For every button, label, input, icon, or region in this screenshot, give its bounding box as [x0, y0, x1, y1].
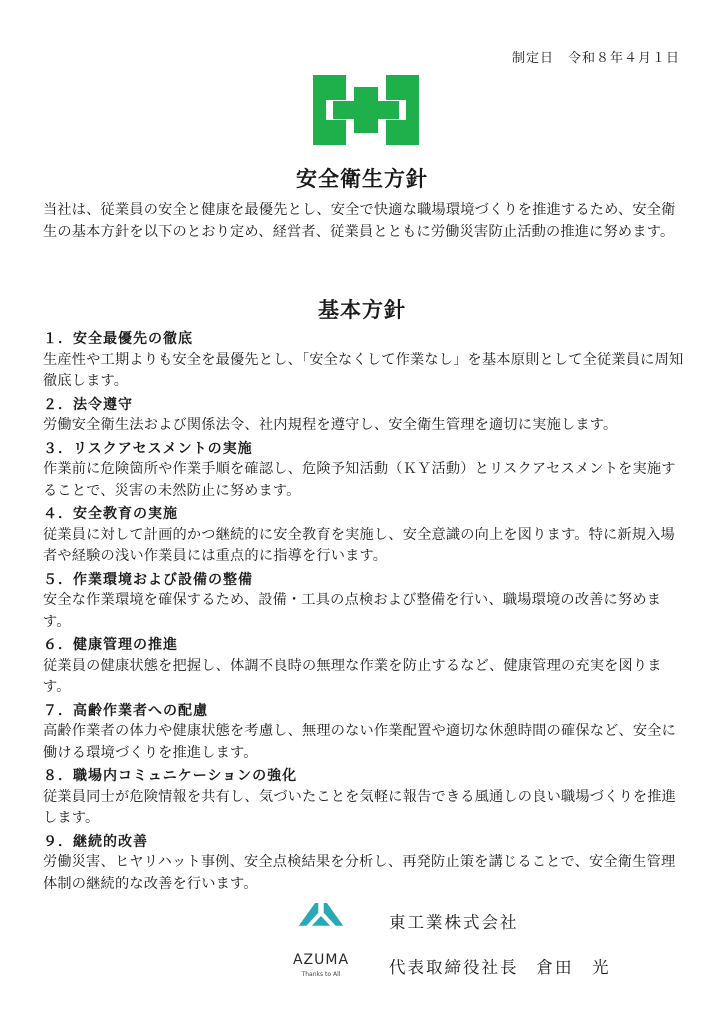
policy-body: 従業員の健康状態を把握し、体調不良時の無理な作業を防止するなど、健康管理の充実を… [43, 656, 685, 699]
policy-body: 従業員に対して計画的かつ継続的に安全教育を実施し、安全意識の向上を図ります。特に… [43, 525, 685, 568]
policy-item: ７．高齢作業者への配慮 高齢作業者の体力や健康状態を考慮し、無理のない作業配置や… [43, 701, 685, 765]
policy-heading: ３．リスクアセスメントの実施 [43, 439, 685, 460]
representative-name: 倉田 光 [537, 958, 611, 977]
section-title: 基本方針 [0, 294, 724, 324]
policy-item: ９．継続的改善 労働災害、ヒヤリハット事例、安全点検結果を分析し、再発防止策を講… [43, 832, 685, 896]
azuma-logo-icon [280, 903, 362, 949]
policy-heading: ４．安全教育の実施 [43, 504, 685, 525]
policy-heading: ９．継続的改善 [43, 832, 685, 853]
policy-heading: １．安全最優先の徹底 [43, 329, 685, 350]
policy-body: 安全な作業環境を確保するため、設備・工具の点検および整備を行い、職場環境の改善に… [43, 590, 685, 633]
azuma-logo-name: AZUMA [280, 952, 362, 968]
document-title: 安全衛生方針 [0, 163, 724, 193]
policy-body: 労働災害、ヒヤリハット事例、安全点検結果を分析し、再発防止策を講じることで、安全… [43, 852, 685, 895]
policy-body: 作業前に危険箇所や作業手順を確認し、危険予知活動（ＫＹ活動）とリスクアセスメント… [43, 459, 685, 502]
policy-item: ２．法令遵守 労働安全衛生法および関係法令、社内規程を遵守し、安全衛生管理を適切… [43, 395, 685, 437]
policy-heading: ２．法令遵守 [43, 395, 685, 416]
policy-item: ３．リスクアセスメントの実施 作業前に危険箇所や作業手順を確認し、危険予知活動（… [43, 439, 685, 503]
policy-item: ４．安全教育の実施 従業員に対して計画的かつ継続的に安全教育を実施し、安全意識の… [43, 504, 685, 568]
policy-body: 従業員同士が危険情報を共有し、気づいたことを気軽に報告できる風通しの良い職場づく… [43, 787, 685, 830]
green-cross-safety-icon [313, 75, 419, 145]
policy-item: ５．作業環境および設備の整備 安全な作業環境を確保するため、設備・工具の点検およ… [43, 570, 685, 634]
azuma-logo-tagline: Thanks to All [280, 971, 362, 978]
company-name: 東工業株式会社 [389, 909, 519, 933]
policy-body: 生産性や工期よりも安全を最優先とし、「安全なくして作業なし」を基本原則として全従… [43, 350, 685, 393]
policy-heading: ５．作業環境および設備の整備 [43, 570, 685, 591]
policy-heading: ６．健康管理の推進 [43, 635, 685, 656]
policy-item: ６．健康管理の推進 従業員の健康状態を把握し、体調不良時の無理な作業を防止するな… [43, 635, 685, 699]
policy-body: 高齢作業者の体力や健康状態を考慮し、無理のない作業配置や適切な休憩時間の確保など… [43, 721, 685, 764]
intro-paragraph: 当社は、従業員の安全と健康を最優先とし、安全で快適な職場環境づくりを推進するため… [43, 199, 685, 243]
enactment-date: 制定日 令和８年４月１日 [512, 47, 680, 66]
policy-heading: ７．高齢作業者への配慮 [43, 701, 685, 722]
policy-item: １．安全最優先の徹底 生産性や工期よりも安全を最優先とし、「安全なくして作業なし… [43, 329, 685, 393]
representative-title: 代表取締役社長 [389, 958, 519, 977]
policy-list: １．安全最優先の徹底 生産性や工期よりも安全を最優先とし、「安全なくして作業なし… [43, 329, 685, 897]
policy-body: 労働安全衛生法および関係法令、社内規程を遵守し、安全衛生管理を適切に実施します。 [43, 415, 685, 437]
representative-signature: 代表取締役社長倉田 光 [389, 954, 611, 978]
policy-item: ８．職場内コミュニケーションの強化 従業員同士が危険情報を共有し、気づいたことを… [43, 766, 685, 830]
policy-heading: ８．職場内コミュニケーションの強化 [43, 766, 685, 787]
